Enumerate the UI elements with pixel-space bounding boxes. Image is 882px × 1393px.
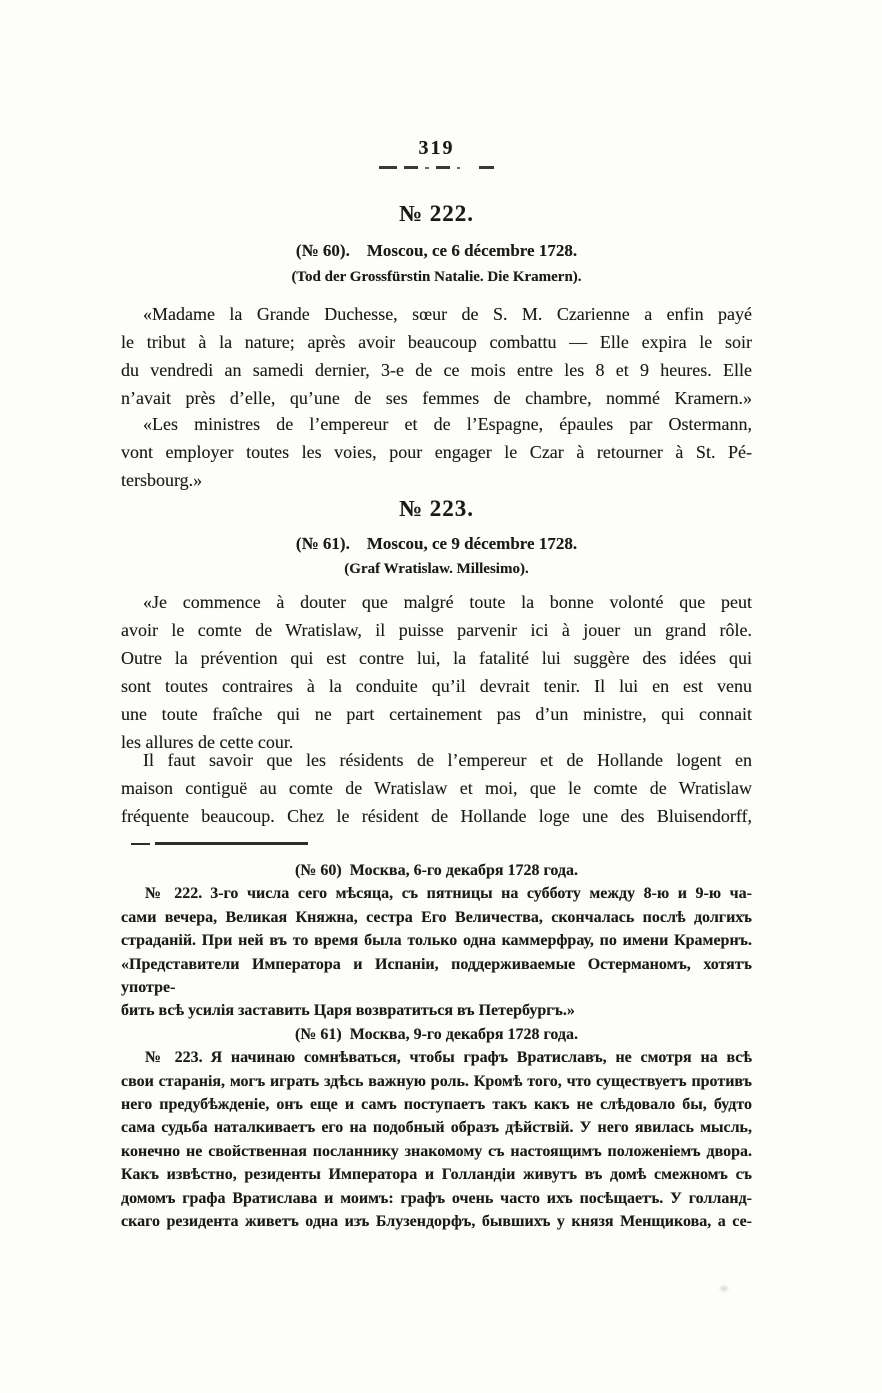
text-line: него предубѣжденіе, онъ еще и самъ посту… <box>121 1093 752 1116</box>
text-line: свои старанія, могъ играть здѣсь важную … <box>121 1070 752 1093</box>
text-line: Il faut savoir que les résidents de l’em… <box>121 747 752 775</box>
rule-dash <box>436 166 450 169</box>
entry-223-subtitle: (Graf Wratislaw. Millesimo). <box>121 561 752 578</box>
text-line: du vendredi an samedi dernier, 3-e de ce… <box>121 356 752 384</box>
entry-222-dateline: (№ 60). Moscou, ce 6 décembre 1728. <box>121 241 752 261</box>
text-line: sont toutes contraires à la conduite qu’… <box>121 673 752 701</box>
footnote-dateline: (№ 61) Москва, 9-го декабря 1728 года. <box>121 1023 752 1046</box>
rule-line <box>155 842 308 845</box>
text-line: Outre la prévention qui est contre lui, … <box>121 645 752 673</box>
footnote-russian: (№ 60) Москва, 6-го декабря 1728 года. №… <box>121 859 752 1234</box>
text-line: «Les ministres de l’empereur et de l’Esp… <box>121 410 752 438</box>
text-line: Какъ извѣстно, резиденты Императора и Го… <box>121 1163 752 1186</box>
text-line: № 223. Я начинаю сомнѣваться, чтобы граф… <box>121 1046 752 1069</box>
rule-dash <box>404 166 418 169</box>
text-line: le tribut à la nature; après avoir beauc… <box>121 328 752 356</box>
entry-222-subtitle: (Tod der Grossfürstin Natalie. Die Krame… <box>121 269 752 286</box>
text-line: скаго резидента живетъ одна изъ Блузендо… <box>121 1210 752 1233</box>
paragraph-french-4: Il faut savoir que les résidents de l’em… <box>121 747 752 831</box>
text-line: avoir le comte de Wratislaw, il puisse p… <box>121 617 752 645</box>
rule-dash <box>379 166 397 169</box>
text-line: une toute fraîche qui ne part certaineme… <box>121 701 752 729</box>
text-line: конечно не свойственная посланнику знако… <box>121 1140 752 1163</box>
text-line: «Представители Императора и Испаніи, под… <box>121 953 752 1000</box>
rule-dash <box>479 166 494 169</box>
text-line: бить всѣ усилія заставить Царя возвратит… <box>121 999 752 1022</box>
page-number-rule <box>121 166 752 169</box>
paragraph-french-1: «Madame la Grande Duchesse, sœur de S. M… <box>121 300 752 412</box>
entry-223-heading: № 223. <box>121 496 752 522</box>
entry-223-dateline: (№ 61). Moscou, ce 9 décembre 1728. <box>121 534 752 554</box>
book-page-scan: 319 № 222. (№ 60). Moscou, ce 6 décembre… <box>0 0 882 1393</box>
text-line: tersbourg.» <box>121 466 752 494</box>
scan-artifact <box>718 1284 730 1293</box>
text-line: домомъ графа Вратислава и моимъ: графъ о… <box>121 1187 752 1210</box>
text-line: «Madame la Grande Duchesse, sœur de S. M… <box>121 300 752 328</box>
text-line: «Je commence à douter que malgré toute l… <box>121 589 752 617</box>
paragraph-french-3: «Je commence à douter que malgré toute l… <box>121 589 752 756</box>
text-line: maison contiguë au comte de Wratislaw et… <box>121 775 752 803</box>
rule-dash <box>131 843 150 845</box>
rule-dash <box>457 167 460 169</box>
rule-dash <box>425 167 429 169</box>
footnote-dateline: (№ 60) Москва, 6-го декабря 1728 года. <box>121 859 752 882</box>
text-line: сами вечера, Великая Княжна, сестра Его … <box>121 906 752 929</box>
page-number: 319 <box>121 137 752 160</box>
text-line: страданій. При ней въ то время была толь… <box>121 929 752 952</box>
paragraph-french-2: «Les ministres de l’empereur et de l’Esp… <box>121 410 752 494</box>
text-line: сама судьба наталкиваетъ его на подобный… <box>121 1116 752 1139</box>
entry-222-heading: № 222. <box>121 201 752 227</box>
text-line: № 222. 3-го числа сего мѣсяца, съ пятниц… <box>121 882 752 905</box>
text-line: n’avait près d’elle, qu’une de ses femme… <box>121 384 752 412</box>
footnote-separator <box>131 842 308 845</box>
text-line: fréquente beaucoup. Chez le résident de … <box>121 803 752 831</box>
text-line: vont employer toutes les voies, pour eng… <box>121 438 752 466</box>
